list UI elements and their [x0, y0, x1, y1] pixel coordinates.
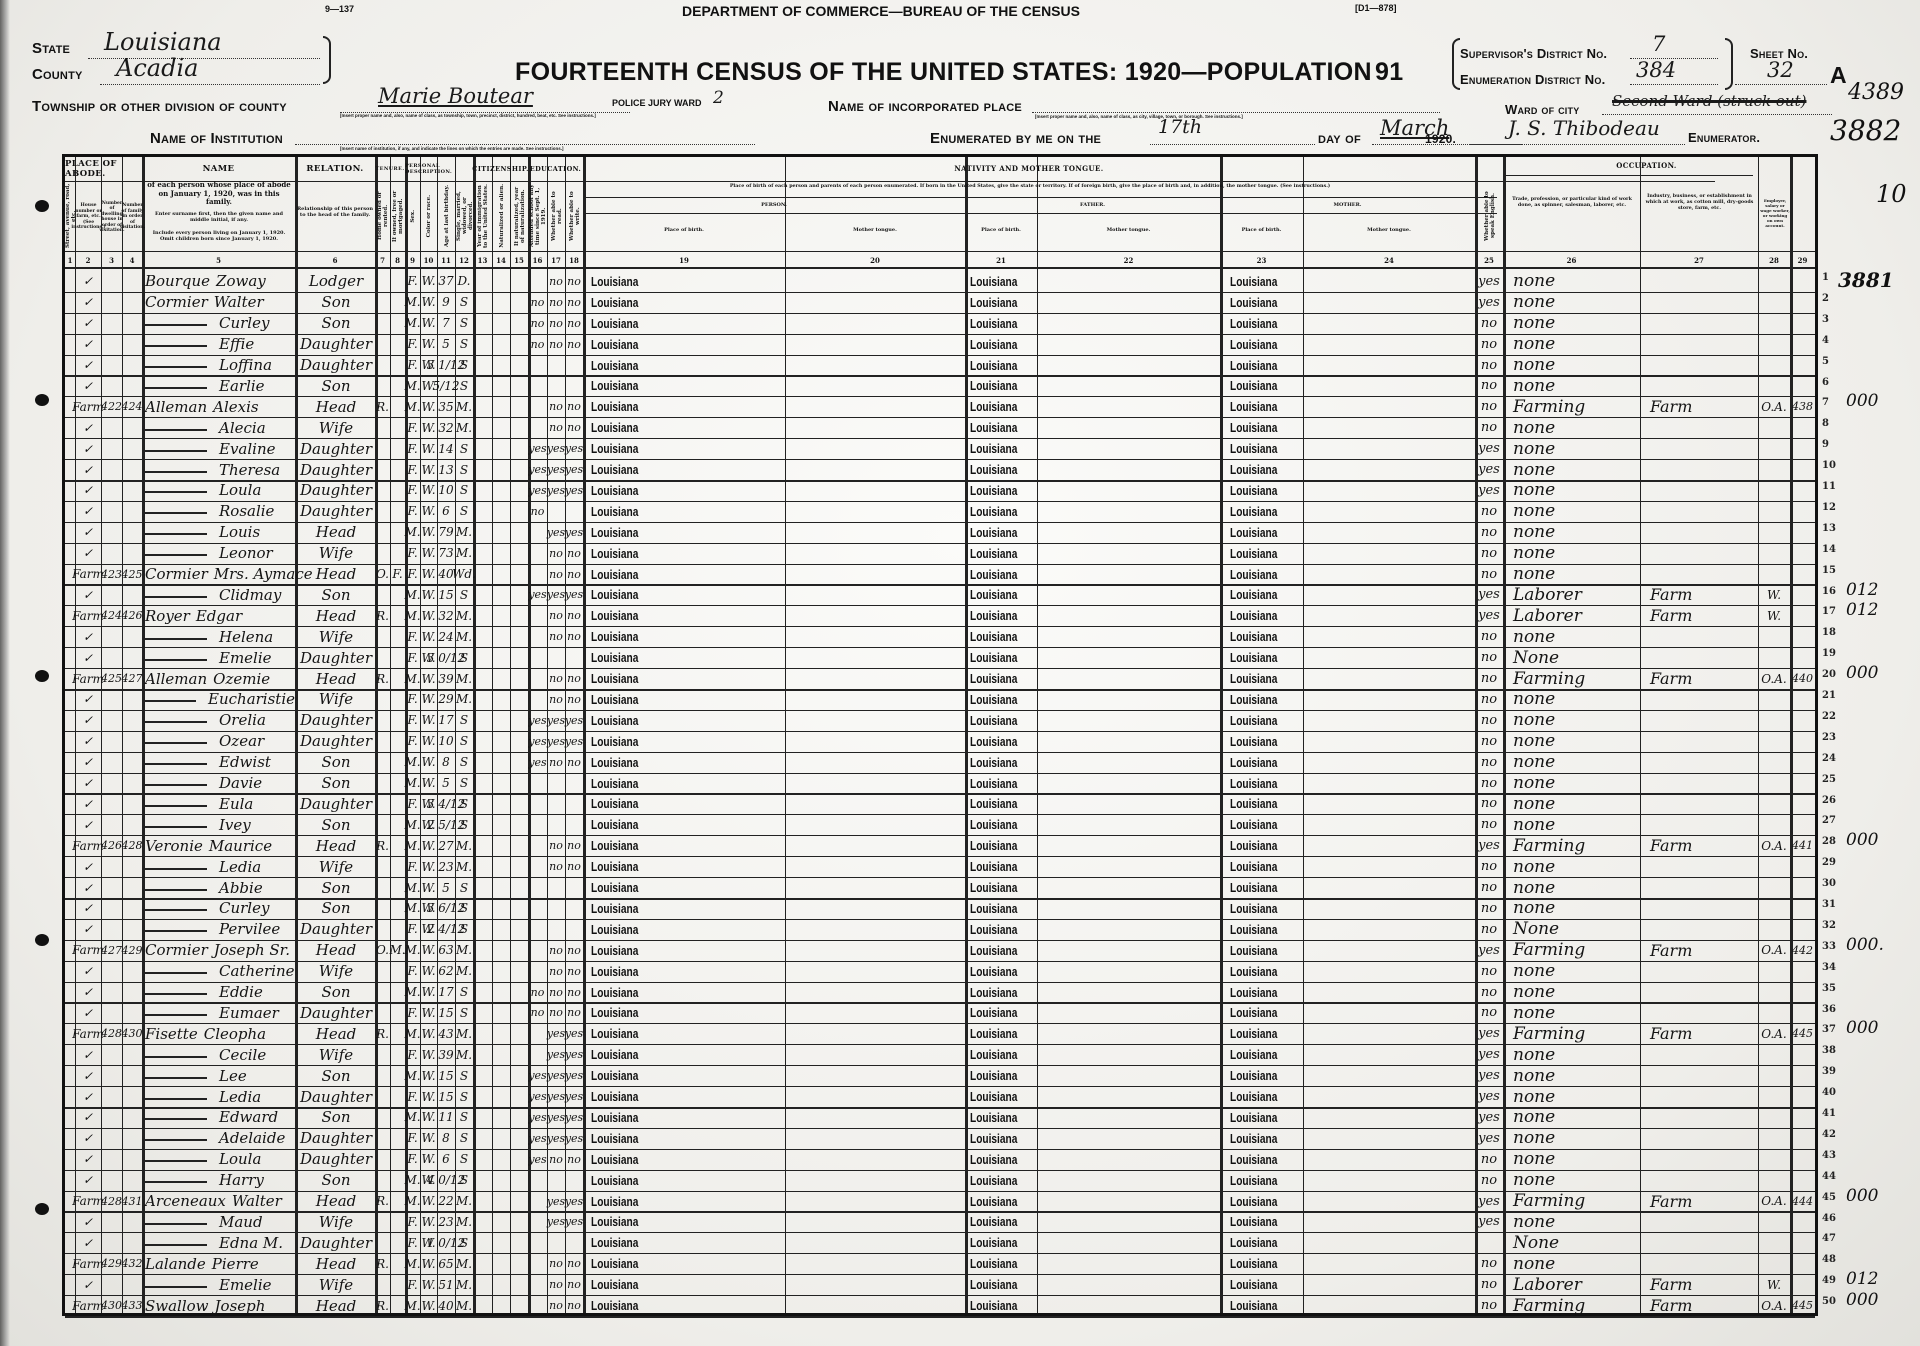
table-row[interactable]: Farm424426RoyerEdgarHeadR.M.W.32M.nonoLo… [65, 605, 1815, 627]
industry [1650, 731, 1758, 752]
sex-value: F. [407, 504, 417, 518]
occupation-value: none [1513, 355, 1555, 375]
table-row[interactable]: ✓ClidmaySonM.W.15SyesyesyesLouisianaLoui… [65, 585, 1815, 607]
house-number-value: ✓ [83, 358, 93, 372]
punch-hole-icon [35, 200, 49, 212]
able-to-write: no [565, 1149, 583, 1170]
occupation: none [1513, 773, 1640, 794]
enumeration-district-value: 384 [1636, 58, 1676, 82]
enumerator-label: Enumerator. [1688, 130, 1760, 145]
table-row[interactable]: ✓EffieDaughterF.W.5SnononoLouisianaLouis… [65, 334, 1815, 356]
table-row[interactable]: ✓CecileWifeF.W.39M.yesyesLouisianaLouisi… [65, 1044, 1815, 1066]
table-row[interactable]: ✓IveySonM.W.2 5/12SLouisianaLouisianaLou… [65, 814, 1815, 836]
industry: Farm [1650, 585, 1758, 606]
table-row[interactable]: ✓BourqueZowayLodgerF.W.37D.nonoLouisiana… [65, 271, 1815, 293]
sex-value: M. [404, 1194, 420, 1208]
race: W. [420, 459, 437, 480]
line-number: 47 [1822, 1233, 1836, 1244]
home-owned [375, 710, 390, 731]
dwelling-number [101, 355, 122, 376]
header-col12: Single, married, widowed, or divorced. [456, 183, 474, 249]
home-owned-value: R. [376, 839, 389, 853]
given-name: Pierre [212, 1255, 259, 1273]
house-number: ✓ [75, 794, 101, 815]
column-number: 17 [547, 254, 565, 266]
able-to-write: no [565, 626, 583, 647]
speaks-english-value: yes [1478, 441, 1500, 456]
age: 2 4/12 [437, 919, 455, 940]
table-row[interactable]: ✓LeeSonM.W.15SyesyesyesLouisianaLouisian… [65, 1065, 1815, 1087]
home-owned-value: R. [376, 1299, 389, 1313]
occupation: none [1513, 438, 1640, 459]
able-to-write-value: yes [565, 1111, 583, 1124]
sex: M. [405, 1107, 420, 1128]
house-number: ✓ [75, 689, 101, 710]
relation-value: Wife [319, 628, 353, 646]
free-mortgaged [390, 689, 405, 710]
race: W. [420, 1086, 437, 1107]
relation-value: Daughter [300, 440, 372, 458]
family-number-value: 431 [122, 1195, 143, 1208]
table-row[interactable]: ✓EulaDaughterF.W.3 4/12SLouisianaLouisia… [65, 794, 1815, 816]
speaks-english: no [1475, 814, 1503, 835]
given-name: Ivey [219, 816, 251, 834]
table-row[interactable]: ✓TheresaDaughterF.W.13SyesyesyesLouisian… [65, 459, 1815, 482]
marital-status: M. [455, 1253, 473, 1274]
farm-schedule [1790, 773, 1815, 794]
free-mortgaged [390, 376, 405, 397]
speaks-english: no [1475, 689, 1503, 710]
father-birthplace: Louisiana [970, 522, 1130, 543]
able-to-read-value: no [549, 609, 563, 622]
father-birthplace-value: Louisiana [970, 1131, 1017, 1146]
father-birthplace: Louisiana [970, 1128, 1130, 1149]
line-number: 28 [1822, 836, 1836, 847]
home-owned [375, 1232, 390, 1253]
line-number: 4 [1822, 335, 1829, 346]
marital-status-value: M. [456, 672, 472, 686]
free-mortgaged [390, 647, 405, 668]
able-to-read: yes [547, 480, 565, 501]
father-birthplace: Louisiana [970, 752, 1130, 773]
race-value: W. [421, 630, 435, 644]
table-row[interactable]: ✓LediaWifeF.W.23M.nonoLouisianaLouisiana… [65, 856, 1815, 878]
marital-status: S [455, 1003, 473, 1024]
header-place-of-abode: PLACE OF ABODE. [65, 157, 142, 181]
attended-school [528, 417, 547, 438]
dwelling-number [101, 292, 122, 313]
table-row[interactable]: ✓AdelaideDaughterF.W.8SyesyesyesLouisian… [65, 1128, 1815, 1150]
sex-value: F. [407, 713, 417, 727]
sex: F. [405, 417, 420, 438]
header-col25: Whether able to speak English. [1484, 183, 1496, 249]
free-mortgaged [390, 1128, 405, 1149]
column-number: 19 [583, 254, 785, 266]
sex-value: F. [407, 797, 417, 811]
table-row[interactable]: ✓EmelieDaughterF.W.3 0/12SLouisianaLouis… [65, 647, 1815, 669]
speaks-english: no [1475, 752, 1503, 773]
table-row[interactable]: ✓EvalineDaughterF.W.14SyesyesyesLouisian… [65, 438, 1815, 460]
age: 17 [437, 710, 455, 731]
race-value: W. [421, 776, 435, 790]
table-row[interactable]: Farm429432LalandePierreHeadR.M.W.65M.non… [65, 1253, 1815, 1275]
relation-value: Daughter [300, 461, 372, 479]
institution-field[interactable] [295, 130, 755, 145]
age-value: 32 [438, 421, 453, 435]
mother-birthplace: Louisiana [1230, 898, 1390, 919]
table-row[interactable]: ✓CormierWalterSonM.W.9SnononoLouisianaLo… [65, 292, 1815, 314]
relation-value: Head [316, 1297, 357, 1315]
ward-of-city-value: Second Ward (struck out) [1612, 92, 1806, 110]
given-name: Cecile [219, 1046, 266, 1064]
family-number-value: 427 [122, 672, 143, 685]
able-to-read: no [547, 605, 565, 626]
mother-birthplace-value: Louisiana [1230, 964, 1277, 979]
ditto-dash [145, 366, 207, 368]
table-row[interactable]: ✓HelenaWifeF.W.24M.nonoLouisianaLouisian… [65, 626, 1815, 648]
speaks-english-value: no [1481, 1005, 1497, 1020]
able-to-read: no [547, 313, 565, 334]
person-birthplace: Louisiana [591, 522, 781, 543]
race: W. [420, 1107, 437, 1128]
home-owned: O. [375, 940, 390, 961]
table-row[interactable]: ✓LoulaDaughterF.W.6SyesnonoLouisianaLoui… [65, 1149, 1815, 1171]
age-value: 14 [438, 442, 453, 456]
attended-school: no [528, 334, 547, 355]
family-number [122, 543, 142, 564]
father-birthplace: Louisiana [970, 376, 1130, 397]
person-birthplace-value: Louisiana [591, 1298, 638, 1313]
dwelling-number [101, 961, 122, 982]
marital-status-value: S [460, 379, 468, 393]
able-to-read: no [547, 626, 565, 647]
relation-value: Son [322, 879, 351, 897]
speaks-english: yes [1475, 940, 1503, 961]
sex-value: M. [404, 1173, 420, 1187]
person-name: Maud [145, 1212, 295, 1233]
age: 4 0/12 [437, 1170, 455, 1191]
free-mortgaged [390, 1003, 405, 1024]
sex-value: M. [404, 1110, 420, 1124]
table-row[interactable]: ✓PervileeDaughterF.W.2 4/12SLouisianaLou… [65, 919, 1815, 941]
age: 9 [437, 292, 455, 313]
person-birthplace-value: Louisiana [591, 1235, 638, 1250]
class-of-worker [1758, 877, 1790, 898]
age: 15 [437, 585, 455, 606]
table-row[interactable]: ✓EmelieWifeF.W.51M.nonoLouisianaLouisian… [65, 1274, 1815, 1296]
table-row[interactable]: ✓LoulaDaughterF.W.10SyesyesyesLouisianaL… [65, 480, 1815, 502]
house-number-value: ✓ [83, 1278, 93, 1292]
line-number: 36 [1822, 1004, 1836, 1015]
mother-birthplace: Louisiana [1230, 355, 1390, 376]
table-row[interactable]: Farm422424AllemanAlexisHeadR.M.W.35M.non… [65, 396, 1815, 418]
relation-value: Daughter [300, 1150, 372, 1168]
house-number: ✓ [75, 814, 101, 835]
age-value: 23 [438, 860, 453, 874]
father-birthplace: Louisiana [970, 564, 1130, 585]
able-to-read-value: no [549, 421, 563, 434]
margin-note-4389: 4389 [1848, 80, 1904, 105]
given-name: Loula [219, 1150, 261, 1168]
house-number-value: Farm [72, 943, 104, 957]
relation: Wife [297, 417, 375, 438]
table-row[interactable]: ✓EddieSonM.W.17SnononoLouisianaLouisiana… [65, 982, 1815, 1005]
dwelling-number [101, 585, 122, 606]
occupation: none [1513, 877, 1640, 898]
able-to-read-value: yes [547, 1111, 565, 1124]
relation-value: Lodger [309, 272, 363, 290]
age-value: 17 [438, 985, 453, 999]
relation-value: Daughter [300, 649, 372, 667]
industry: Farm [1650, 668, 1758, 689]
race: W. [420, 1023, 437, 1044]
farm-schedule [1790, 898, 1815, 919]
father-birthplace-value: Louisiana [970, 755, 1017, 770]
occupation-value: none [1513, 271, 1555, 291]
speaks-english-value: yes [1478, 943, 1500, 958]
father-birthplace: Louisiana [970, 438, 1130, 459]
table-row[interactable]: ✓LouisHeadM.W.79M.yesyesLouisianaLouisia… [65, 522, 1815, 544]
given-name: Maud [219, 1213, 263, 1231]
class-of-worker [1758, 689, 1790, 710]
able-to-read-value: no [549, 547, 563, 560]
family-number-value: 426 [122, 609, 143, 622]
father-birthplace-value: Louisiana [970, 713, 1017, 728]
home-owned-value: R. [376, 1194, 389, 1208]
table-row[interactable]: ✓EdwardSonM.W.11SyesyesyesLouisianaLouis… [65, 1107, 1815, 1129]
relation-value: Wife [319, 1213, 353, 1231]
person-birthplace: Louisiana [591, 438, 781, 459]
race: W. [420, 1191, 437, 1212]
sex: F. [405, 626, 420, 647]
supervisor-district-field: 7 [1630, 40, 1718, 59]
table-row[interactable]: Farm430433SwallowJosephHeadR.M.W.40M.non… [65, 1295, 1815, 1318]
marital-status: S [455, 459, 473, 480]
occupation-value: none [1513, 731, 1555, 751]
race-value: W. [421, 504, 435, 518]
marital-status-value: S [460, 1173, 468, 1187]
header-person-pob: Place of birth. [583, 223, 785, 237]
farm-schedule [1790, 647, 1815, 668]
marital-status-value: M. [456, 860, 472, 874]
surname: Fisette [145, 1025, 198, 1043]
able-to-read-value: no [549, 860, 563, 873]
able-to-write: no [565, 605, 583, 626]
class-of-worker [1758, 1003, 1790, 1024]
class-of-worker [1758, 814, 1790, 835]
sex-value: F. [407, 630, 417, 644]
able-to-read: no [547, 292, 565, 313]
marital-status: M. [455, 1191, 473, 1212]
free-mortgaged [390, 877, 405, 898]
surname: Lalande [145, 1255, 206, 1273]
house-number-value: Farm [72, 1257, 104, 1271]
person-birthplace: Louisiana [591, 794, 781, 815]
table-row[interactable]: ✓RosalieDaughterF.W.6SnoLouisianaLouisia… [65, 501, 1815, 523]
person-birthplace-value: Louisiana [591, 462, 638, 477]
family-number [122, 438, 142, 459]
free-mortgaged [390, 1232, 405, 1253]
house-number-value: ✓ [83, 630, 93, 644]
table-row[interactable]: ✓MaudWifeF.W.23M.yesyesLouisianaLouisian… [65, 1212, 1815, 1234]
house-number-value: Farm [72, 609, 104, 623]
family-number [122, 919, 142, 940]
occupation: Farming [1513, 940, 1640, 961]
farm-schedule [1790, 710, 1815, 731]
person-name: Loula [145, 1149, 295, 1170]
dwelling-number: 430 [101, 1295, 122, 1316]
age: 5 [437, 877, 455, 898]
table-row[interactable]: ✓CatherineWifeF.W.62M.nonoLouisianaLouis… [65, 961, 1815, 983]
able-to-write-value: yes [565, 1090, 583, 1103]
table-row[interactable]: ✓CurleySonM.W.7SnononoLouisianaLouisiana… [65, 313, 1815, 335]
table-row[interactable]: ✓EarlieSonM.W.5/12SLouisianaLouisianaLou… [65, 376, 1815, 398]
class-of-worker: O.A. [1758, 940, 1790, 961]
person-birthplace: Louisiana [591, 647, 781, 668]
house-number: Farm [75, 396, 101, 417]
table-row[interactable]: Farm425427AllemanOzemieHeadR.M.W.39M.non… [65, 668, 1815, 691]
surname: Royer [145, 607, 190, 625]
table-row[interactable]: ✓DavieSonM.W.5SLouisianaLouisianaLouisia… [65, 773, 1815, 796]
speaks-english-value: no [1481, 901, 1497, 916]
occupation: none [1513, 1044, 1640, 1065]
incorporated-place-field[interactable] [1032, 98, 1440, 113]
able-to-read-value: yes [547, 1132, 565, 1145]
age-value: 39 [438, 1048, 453, 1062]
relation: Daughter [297, 1232, 375, 1253]
mother-birthplace: Louisiana [1230, 773, 1390, 794]
occupation-value: none [1513, 1003, 1555, 1023]
column-number: 13 [473, 254, 492, 266]
race-value: W. [421, 964, 435, 978]
age-value: 15 [438, 1090, 453, 1104]
attended-school-value: yes [528, 1153, 546, 1166]
free-mortgaged [390, 668, 405, 689]
speaks-english-value: no [1481, 1173, 1497, 1188]
family-number [122, 794, 142, 815]
line-number: 11 [1822, 481, 1836, 492]
table-row[interactable]: Farm427429CormierJoseph Sr.HeadO.M.M.W.6… [65, 940, 1815, 962]
father-birthplace: Louisiana [970, 877, 1130, 898]
race-value: W. [421, 755, 435, 769]
table-row[interactable]: ✓AbbieSonM.W.5SLouisianaLouisianaLouisia… [65, 877, 1815, 900]
table-row[interactable]: ✓AleciaWifeF.W.32M.nonoLouisianaLouisian… [65, 417, 1815, 439]
surname: Alleman [145, 670, 207, 688]
able-to-read: yes [547, 459, 565, 480]
mother-birthplace: Louisiana [1230, 1232, 1390, 1253]
person-birthplace-value: Louisiana [591, 880, 638, 895]
margin-code: 000 [1846, 1186, 1878, 1206]
dwelling-number [101, 417, 122, 438]
father-birthplace: Louisiana [970, 626, 1130, 647]
table-row[interactable]: Farm426428VeronieMauriceHeadR.M.W.27M.no… [65, 835, 1815, 857]
relation-value: Son [322, 753, 351, 771]
mother-birthplace-value: Louisiana [1230, 525, 1277, 540]
able-to-write-value: no [567, 672, 581, 685]
table-row[interactable]: ✓EdwistSonM.W.8SyesnonoLouisianaLouisian… [65, 752, 1815, 774]
mother-birthplace-value: Louisiana [1230, 337, 1277, 352]
ditto-dash [145, 429, 207, 431]
table-row[interactable]: ✓Edna M.DaughterF.W.1 0/12SLouisianaLoui… [65, 1232, 1815, 1254]
line-number: 6 [1822, 377, 1829, 388]
dwelling-number [101, 1086, 122, 1107]
mother-birthplace: Louisiana [1230, 334, 1390, 355]
race: W. [420, 835, 437, 856]
dwelling-number [101, 438, 122, 459]
father-birthplace: Louisiana [970, 1212, 1130, 1233]
family-number [122, 585, 142, 606]
industry [1650, 1149, 1758, 1170]
column-number: 9 [405, 254, 420, 266]
race: W. [420, 1065, 437, 1086]
marital-status-value: M. [456, 1048, 472, 1062]
table-row[interactable]: Farm428431ArceneauxWalterHeadR.M.W.22M.y… [65, 1191, 1815, 1214]
attended-school: no [528, 292, 547, 313]
table-row[interactable]: ✓CurleySonM.W.3 6/12SLouisianaLouisianaL… [65, 898, 1815, 920]
person-birthplace-value: Louisiana [591, 1277, 638, 1292]
mother-birthplace: Louisiana [1230, 376, 1390, 397]
margin-code: 000 [1846, 391, 1878, 411]
family-number-value: 433 [122, 1299, 143, 1312]
table-row[interactable]: ✓HarrySonM.W.4 0/12SLouisianaLouisianaLo… [65, 1170, 1815, 1192]
class-of-worker [1758, 773, 1790, 794]
house-number-value: ✓ [83, 901, 93, 915]
house-number-value: ✓ [83, 295, 93, 309]
relation: Wife [297, 961, 375, 982]
father-birthplace: Louisiana [970, 814, 1130, 835]
farm-schedule-value: 441 [1792, 839, 1813, 852]
race: W. [420, 1212, 437, 1233]
home-owned [375, 292, 390, 313]
house-number: ✓ [75, 543, 101, 564]
family-number: 427 [122, 668, 142, 689]
family-number [122, 752, 142, 773]
table-row[interactable]: ✓LoffinaDaughterF.W.3 1/12SLouisianaLoui… [65, 355, 1815, 378]
industry-value: Farm [1650, 941, 1692, 960]
relation: Son [297, 773, 375, 794]
attended-school [528, 271, 547, 292]
class-of-worker-value: O.A. [1761, 1027, 1786, 1041]
class-of-worker [1758, 1044, 1790, 1065]
relation-value: Head [316, 565, 357, 583]
mother-birthplace: Louisiana [1230, 271, 1390, 292]
class-of-worker-value: W. [1767, 1278, 1781, 1292]
sex-value: F. [407, 337, 417, 351]
table-row[interactable]: ✓LeonorWifeF.W.73M.nonoLouisianaLouisian… [65, 543, 1815, 565]
table-row[interactable]: ✓EumaerDaughterF.W.15SnononoLouisianaLou… [65, 1003, 1815, 1025]
table-row[interactable]: ✓OzearDaughterF.W.10SyesyesyesLouisianaL… [65, 731, 1815, 753]
class-of-worker [1758, 501, 1790, 522]
table-row[interactable]: Farm428430FisetteCleophaHeadR.M.W.43M.ye… [65, 1023, 1815, 1045]
marital-status-value: M. [456, 630, 472, 644]
father-birthplace-value: Louisiana [970, 441, 1017, 456]
class-of-worker [1758, 898, 1790, 919]
father-birthplace: Louisiana [970, 1044, 1130, 1065]
race-value: W. [421, 1152, 435, 1166]
age: 5 [437, 334, 455, 355]
table-row[interactable]: Farm423425CormierMrs. AymaceHeadO.F.F.W.… [65, 564, 1815, 587]
table-row[interactable]: ✓LediaDaughterF.W.15SyesyesyesLouisianaL… [65, 1086, 1815, 1109]
father-birthplace-value: Louisiana [970, 1173, 1017, 1188]
relation: Wife [297, 1212, 375, 1233]
age: 32 [437, 605, 455, 626]
person-birthplace-value: Louisiana [591, 274, 638, 289]
enumerated-label: Enumerated by me on the [930, 130, 1101, 147]
race: W. [420, 271, 437, 292]
sex: M. [405, 898, 420, 919]
table-row[interactable]: ✓EucharistieWifeF.W.29M.nonoLouisianaLou… [65, 689, 1815, 711]
table-row[interactable]: ✓OreliaDaughterF.W.17SyesyesyesLouisiana… [65, 710, 1815, 732]
